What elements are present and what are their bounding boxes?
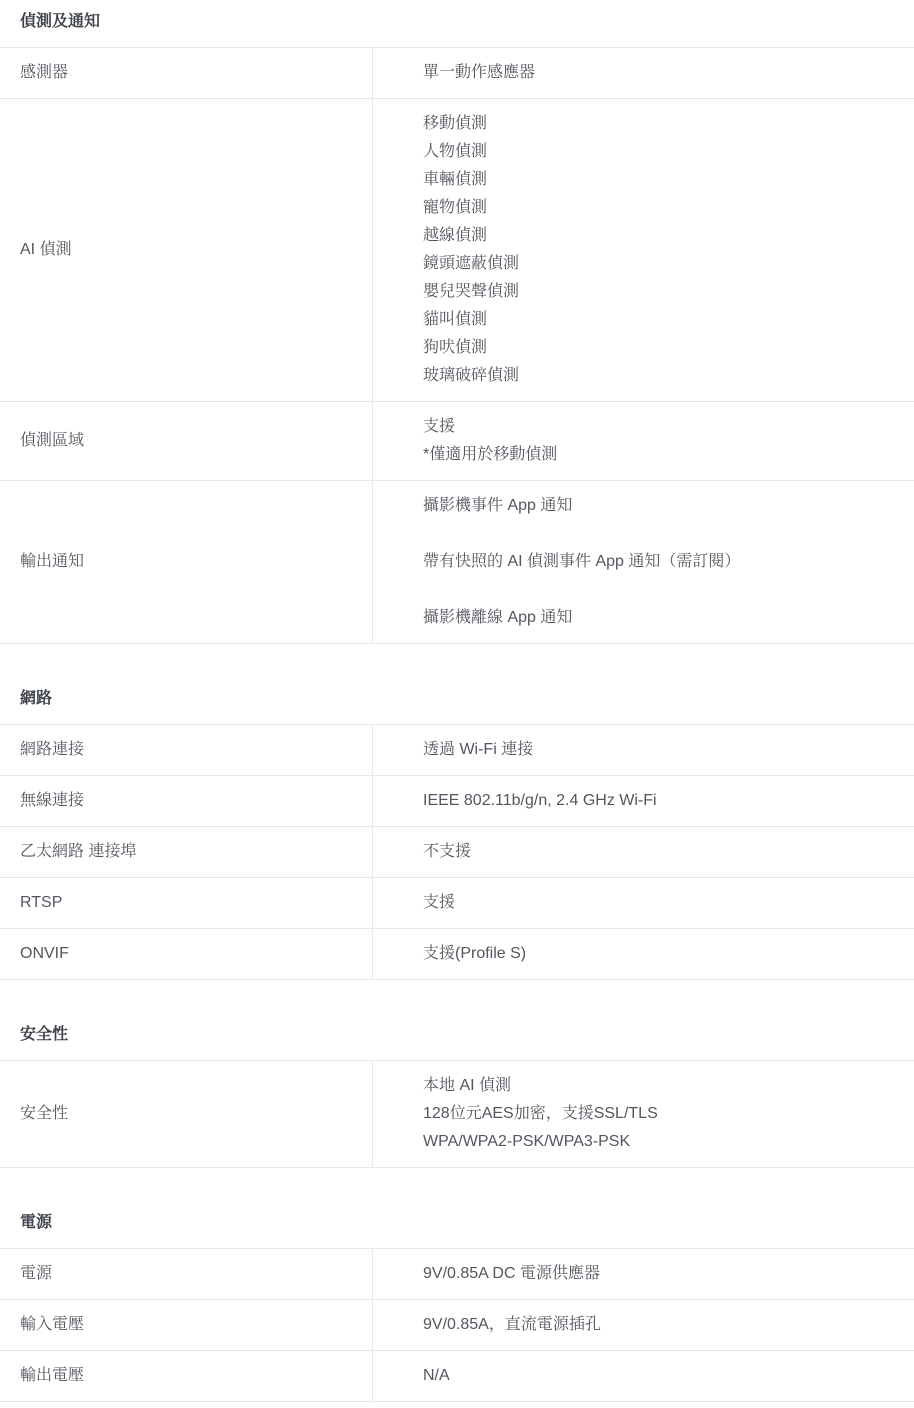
row-value: 攝影機事件 App 通知帶有快照的 AI 偵測事件 App 通知（需訂閱）攝影機… — [373, 481, 914, 643]
row-label: 無線連接 — [0, 776, 373, 826]
value-line: 貓叫偵測 — [423, 306, 894, 334]
row-value: 不支援 — [373, 827, 914, 877]
row-label: 電源 — [0, 1249, 373, 1299]
row-label: 安全性 — [0, 1061, 373, 1167]
row-label: RTSP — [0, 878, 373, 928]
value-line: 嬰兒哭聲偵測 — [423, 278, 894, 306]
row-label: 網路連接 — [0, 725, 373, 775]
value-line: *僅適用於移動偵測 — [423, 441, 894, 469]
row-label: 偵測區域 — [0, 402, 373, 480]
spec-table: 偵測及通知感測器單一動作感應器AI 偵測移動偵測人物偵測車輛偵測寵物偵測越線偵測… — [0, 0, 914, 1402]
row-value: 支援*僅適用於移動偵測 — [373, 402, 914, 480]
row-value: 透過 Wi-Fi 連接 — [373, 725, 914, 775]
value-line: 人物偵測 — [423, 138, 894, 166]
spec-row: 偵測區域支援*僅適用於移動偵測 — [0, 402, 914, 481]
spec-row: 乙太網路 連接埠不支援 — [0, 827, 914, 878]
value-line: 越線偵測 — [423, 222, 894, 250]
row-value: 支援 — [373, 878, 914, 928]
value-line: 車輛偵測 — [423, 166, 894, 194]
row-label: ONVIF — [0, 929, 373, 979]
row-value: IEEE 802.11b/g/n, 2.4 GHz Wi-Fi — [373, 776, 914, 826]
spec-row: 輸入電壓9V/0.85A，直流電源插孔 — [0, 1300, 914, 1351]
value-line: 本地 AI 偵測 — [423, 1072, 894, 1100]
value-line: 單一動作感應器 — [423, 59, 894, 87]
spec-row: AI 偵測移動偵測人物偵測車輛偵測寵物偵測越線偵測鏡頭遮蔽偵測嬰兒哭聲偵測貓叫偵… — [0, 99, 914, 402]
row-label: 輸出通知 — [0, 481, 373, 643]
value-line: 不支援 — [423, 838, 894, 866]
value-line: 帶有快照的 AI 偵測事件 App 通知（需訂閱） — [423, 548, 894, 576]
spec-row: 輸出通知攝影機事件 App 通知帶有快照的 AI 偵測事件 App 通知（需訂閱… — [0, 481, 914, 644]
spec-row: 網路連接透過 Wi-Fi 連接 — [0, 725, 914, 776]
spec-row: RTSP支援 — [0, 878, 914, 929]
row-value: N/A — [373, 1351, 914, 1401]
section-title: 網路 — [0, 675, 914, 725]
value-line: 狗吠偵測 — [423, 334, 894, 362]
section-title: 偵測及通知 — [0, 0, 914, 48]
row-value: 支援(Profile S) — [373, 929, 914, 979]
row-label: 輸出電壓 — [0, 1351, 373, 1401]
value-line: 支援 — [423, 889, 894, 917]
section-title: 電源 — [0, 1199, 914, 1249]
row-value: 單一動作感應器 — [373, 48, 914, 98]
spec-section: 網路網路連接透過 Wi-Fi 連接無線連接IEEE 802.11b/g/n, 2… — [0, 675, 914, 980]
value-line: 支援 — [423, 413, 894, 441]
row-label: 乙太網路 連接埠 — [0, 827, 373, 877]
spec-row: 安全性本地 AI 偵測128位元AES加密，支援SSL/TLSWPA/WPA2-… — [0, 1061, 914, 1168]
value-line: 透過 Wi-Fi 連接 — [423, 736, 894, 764]
value-line: N/A — [423, 1362, 894, 1390]
row-value: 9V/0.85A DC 電源供應器 — [373, 1249, 914, 1299]
value-line: 攝影機離線 App 通知 — [423, 604, 894, 632]
row-value: 本地 AI 偵測128位元AES加密，支援SSL/TLSWPA/WPA2-PSK… — [373, 1061, 914, 1167]
value-line: 移動偵測 — [423, 110, 894, 138]
value-line: 攝影機事件 App 通知 — [423, 492, 894, 520]
row-label: 感測器 — [0, 48, 373, 98]
spec-row: 無線連接IEEE 802.11b/g/n, 2.4 GHz Wi-Fi — [0, 776, 914, 827]
spec-row: ONVIF支援(Profile S) — [0, 929, 914, 980]
value-line: 鏡頭遮蔽偵測 — [423, 250, 894, 278]
row-label: 輸入電壓 — [0, 1300, 373, 1350]
value-line: 寵物偵測 — [423, 194, 894, 222]
value-line: IEEE 802.11b/g/n, 2.4 GHz Wi-Fi — [423, 787, 894, 815]
spec-row: 感測器單一動作感應器 — [0, 48, 914, 99]
spec-section: 偵測及通知感測器單一動作感應器AI 偵測移動偵測人物偵測車輛偵測寵物偵測越線偵測… — [0, 0, 914, 644]
row-value: 9V/0.85A，直流電源插孔 — [373, 1300, 914, 1350]
spec-row: 電源9V/0.85A DC 電源供應器 — [0, 1249, 914, 1300]
value-line: 128位元AES加密，支援SSL/TLS — [423, 1100, 894, 1128]
value-line: 玻璃破碎偵測 — [423, 362, 894, 390]
row-value: 移動偵測人物偵測車輛偵測寵物偵測越線偵測鏡頭遮蔽偵測嬰兒哭聲偵測貓叫偵測狗吠偵測… — [373, 99, 914, 401]
row-label: AI 偵測 — [0, 99, 373, 401]
section-title: 安全性 — [0, 1011, 914, 1061]
value-line: WPA/WPA2-PSK/WPA3-PSK — [423, 1128, 894, 1156]
spec-section: 電源電源9V/0.85A DC 電源供應器輸入電壓9V/0.85A，直流電源插孔… — [0, 1199, 914, 1402]
spec-section: 安全性安全性本地 AI 偵測128位元AES加密，支援SSL/TLSWPA/WP… — [0, 1011, 914, 1168]
value-line: 支援(Profile S) — [423, 940, 894, 968]
spec-row: 輸出電壓N/A — [0, 1351, 914, 1402]
value-line: 9V/0.85A，直流電源插孔 — [423, 1311, 894, 1339]
value-line: 9V/0.85A DC 電源供應器 — [423, 1260, 894, 1288]
